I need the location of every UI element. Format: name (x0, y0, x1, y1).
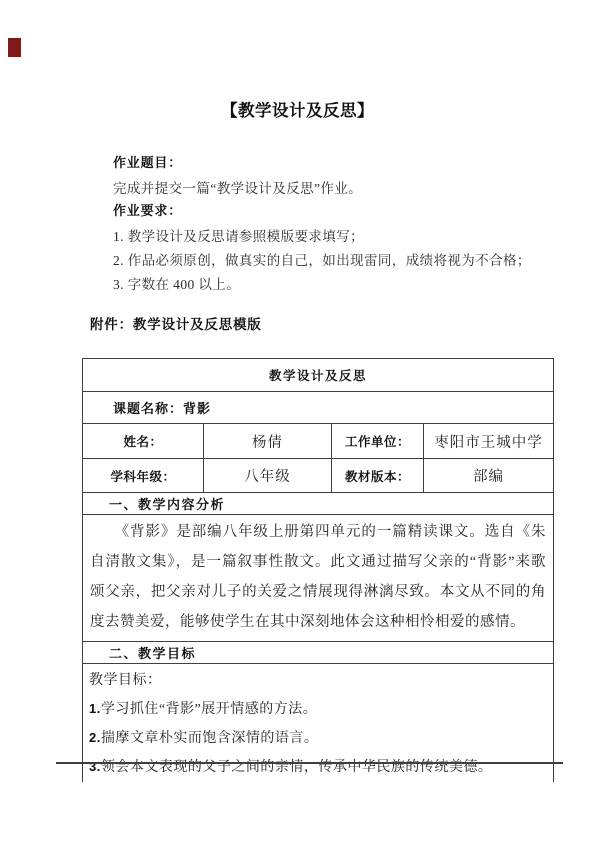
edition-value: 部编 (424, 459, 554, 493)
attachment-note: 附件：教学设计及反思模版 (90, 313, 262, 333)
document-title: 【教学设计及反思】 (0, 97, 595, 121)
goals-intro: 教学目标： (89, 667, 546, 695)
section1-title: 一、教学内容分析 (83, 493, 554, 515)
table-bottom-rule (56, 762, 563, 764)
edition-label: 教材版本： (332, 459, 424, 493)
teaching-design-table: 教学设计及反思 课题名称：背影 姓名： 杨倩 工作单位： 枣阳市王城中学 学科年… (82, 358, 554, 782)
workplace-label: 工作单位： (332, 424, 424, 459)
section1-paragraph: 《背影》是部编八年级上册第四单元的一篇精读课文。选自《朱自清散文集》，是一篇叙事… (90, 517, 546, 637)
goal-2-text: 揣摩文章朴实而饱含深情的语言。 (101, 731, 319, 746)
corner-mark (8, 38, 21, 57)
name-label: 姓名： (83, 424, 204, 459)
course-name-cell: 课题名称：背影 (83, 392, 554, 424)
grade-label: 学科年级： (83, 459, 204, 493)
goal-item-3: 3.领会本文表现的父子之间的亲情，传承中华民族的传统美德。 (89, 753, 546, 782)
section2-cell: 教学目标： 1.学习抓住“背影”展开情感的方法。 2.揣摩文章朴实而饱含深情的语… (83, 664, 554, 783)
grade-value: 八年级 (204, 459, 332, 493)
document-page: 【教学设计及反思】 作业题目： 完成并提交一篇“教学设计及反思”作业。 作业要求… (0, 0, 595, 842)
assignment-topic-text: 完成并提交一篇“教学设计及反思”作业。 (113, 177, 362, 197)
goal-item-1: 1.学习抓住“背影”展开情感的方法。 (89, 695, 546, 724)
assignment-requirement-1: 1. 教学设计及反思请参照模版要求填写； (113, 225, 364, 245)
assignment-requirement-3: 3. 字数在 400 以上。 (113, 273, 240, 293)
goal-item-2: 2.揣摩文章朴实而饱含深情的语言。 (89, 724, 546, 753)
section2-title: 二、教学目标 (83, 642, 554, 664)
goal-1-text: 学习抓住“背影”展开情感的方法。 (101, 702, 317, 717)
workplace-value: 枣阳市王城中学 (424, 424, 554, 459)
section1-cell: 《背影》是部编八年级上册第四单元的一篇精读课文。选自《朱自清散文集》，是一篇叙事… (83, 515, 554, 642)
assignment-requirement-2: 2. 作品必须原创，做真实的自己，如出现雷同，成绩将视为不合格； (113, 249, 531, 269)
assignment-topic-label: 作业题目： (113, 152, 182, 171)
name-value: 杨倩 (204, 424, 332, 459)
goal-1-number: 1. (89, 701, 101, 716)
table-header-title: 教学设计及反思 (83, 359, 554, 392)
goal-2-number: 2. (89, 730, 101, 745)
assignment-requirements-label: 作业要求： (113, 200, 182, 219)
